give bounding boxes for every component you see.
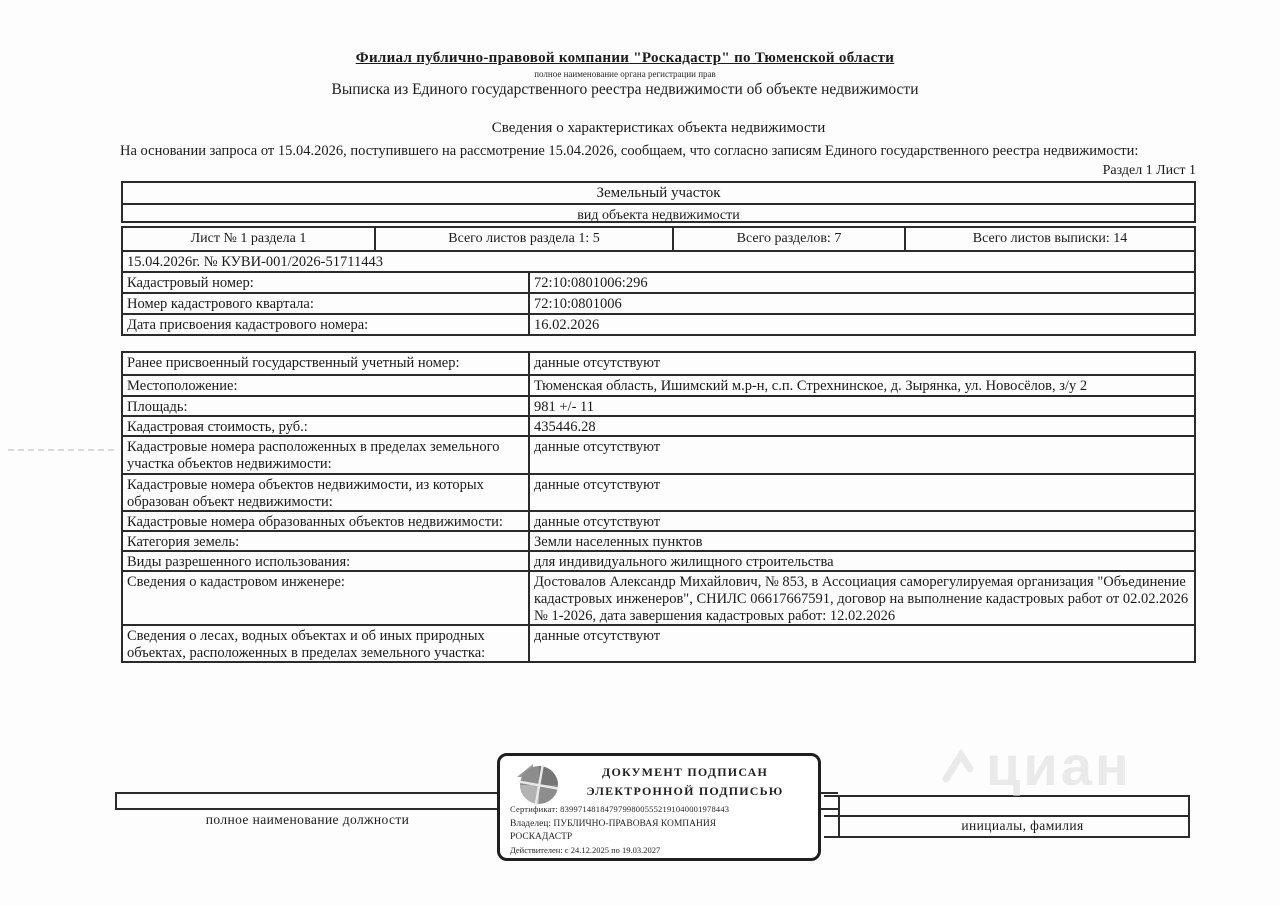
object-type: Земельный участок <box>123 183 1194 203</box>
table-row: Кадастровые номера расположенных в преде… <box>123 435 1194 473</box>
row-value: 435446.28 <box>528 417 1194 435</box>
object-type-caption: вид объекта недвижимости <box>123 205 1194 221</box>
row-label: Ранее присвоенный государственный учетны… <box>123 353 528 374</box>
document-number: 15.04.2026г. № КУВИ-001/2026-51711443 <box>123 252 1194 271</box>
stamp-validity: Действителен: с 24.12.2025 по 19.03.2027 <box>510 845 660 855</box>
row-value: 72:10:0801006 <box>528 294 1194 313</box>
row-label: Дата присвоения кадастрового номера: <box>123 315 528 334</box>
table-row: Земельный участок <box>123 183 1194 203</box>
table-row: Кадастровые номера объектов недвижимости… <box>123 473 1194 510</box>
table-row: Кадастровые номера образованных объектов… <box>123 510 1194 530</box>
row-value: данные отсутствуют <box>528 475 1194 510</box>
row-label: Кадастровая стоимость, руб.: <box>123 417 528 435</box>
extract-sheets-total-cell: Всего листов выписки: 14 <box>904 228 1194 250</box>
signature-line-divider <box>838 795 840 838</box>
table-row: Сведения о лесах, водных объектах и об и… <box>123 624 1194 661</box>
sheet-counters-row: Лист № 1 раздела 1 Всего листов раздела … <box>123 228 1194 250</box>
row-label: Кадастровые номера объектов недвижимости… <box>123 475 528 510</box>
row-label: Площадь: <box>123 397 528 415</box>
row-label: Виды разрешенного использования: <box>123 552 528 570</box>
row-value: Земли населенных пунктов <box>528 532 1194 550</box>
cian-watermark: циан <box>940 733 1132 798</box>
stamp-title-line1: ДОКУМЕНТ ПОДПИСАН <box>558 765 812 780</box>
row-value: данные отсутствуют <box>528 437 1194 473</box>
registering-authority-caption: полное наименование органа регистрации п… <box>0 69 1250 79</box>
row-value: Тюменская область, Ишимский м.р-н, с.п. … <box>528 376 1194 395</box>
row-value: данные отсутствуют <box>528 353 1194 374</box>
section-sheets-total-cell: Всего листов раздела 1: 5 <box>374 228 672 250</box>
egrn-extract-page: циан Филиал публично-правовой компании "… <box>0 0 1280 905</box>
position-name-label: полное наименование должности <box>115 812 500 828</box>
registering-authority-name: Филиал публично-правовой компании "Роска… <box>0 50 1250 67</box>
stamp-certificate: Сертификат: 8399714818479799800555219104… <box>510 804 729 814</box>
row-value: данные отсутствуют <box>528 626 1194 661</box>
initials-surname-label: инициалы, фамилия <box>855 818 1190 834</box>
table-row: Категория земель: Земли населенных пункт… <box>123 530 1194 550</box>
table-row: Кадастровая стоимость, руб.: 435446.28 <box>123 415 1194 435</box>
row-label: Номер кадастрового квартала: <box>123 294 528 313</box>
row-value: 72:10:0801006:296 <box>528 273 1194 292</box>
object-type-table: Земельный участок вид объекта недвижимос… <box>121 181 1196 223</box>
row-value: данные отсутствуют <box>528 512 1194 530</box>
row-label: Сведения о кадастровом инженере: <box>123 572 528 624</box>
stamp-owner: Владелец: ПУБЛИЧНО-ПРАВОВАЯ КОМПАНИЯ РОС… <box>510 818 738 843</box>
row-label: Кадастровые номера расположенных в преде… <box>123 437 528 473</box>
row-label: Местоположение: <box>123 376 528 395</box>
table-row: Дата присвоения кадастрового номера: 16.… <box>123 313 1194 334</box>
section-title: Сведения о характеристиках объекта недви… <box>121 120 1196 137</box>
stamp-title-line2: ЭЛЕКТРОННОЙ ПОДПИСЬЮ <box>558 784 812 799</box>
sheet-number-cell: Лист № 1 раздела 1 <box>123 228 374 250</box>
sections-total-cell: Всего разделов: 7 <box>672 228 904 250</box>
sheet-info-table: Лист № 1 раздела 1 Всего листов раздела … <box>121 226 1196 336</box>
table-row: Сведения о кадастровом инженере: Достова… <box>123 570 1194 624</box>
row-value: 981 +/- 11 <box>528 397 1194 415</box>
table-row: Виды разрешенного использования: для инд… <box>123 550 1194 570</box>
row-value: Достовалов Александр Михайлович, № 853, … <box>528 572 1194 624</box>
row-label: Категория земель: <box>123 532 528 550</box>
signature-line <box>824 836 1190 838</box>
roskadastr-logo-icon <box>514 761 560 807</box>
row-label: Кадастровый номер: <box>123 273 528 292</box>
row-label: Кадастровые номера образованных объектов… <box>123 512 528 530</box>
details-table: Ранее присвоенный государственный учетны… <box>121 351 1196 663</box>
digital-signature-stamp: ДОКУМЕНТ ПОДПИСАН ЭЛЕКТРОННОЙ ПОДПИСЬЮ С… <box>497 753 821 861</box>
signature-line <box>824 815 1190 817</box>
row-label: Сведения о лесах, водных объектах и об и… <box>123 626 528 661</box>
table-row: вид объекта недвижимости <box>123 203 1194 221</box>
table-row: Номер кадастрового квартала: 72:10:08010… <box>123 292 1194 313</box>
cian-logo-icon <box>940 745 982 787</box>
document-number-row: 15.04.2026г. № КУВИ-001/2026-51711443 <box>123 250 1194 271</box>
row-value: для индивидуального жилищного строительс… <box>528 552 1194 570</box>
signature-line-edge <box>115 792 117 810</box>
request-statement: На основании запроса от 15.04.2026, пост… <box>120 143 1205 160</box>
scan-fold-artifact <box>8 449 114 451</box>
section-sheet-label: Раздел 1 Лист 1 <box>121 163 1196 179</box>
table-row: Площадь: 981 +/- 11 <box>123 395 1194 415</box>
document-title: Выписка из Единого государственного реес… <box>0 81 1250 99</box>
table-row: Кадастровый номер: 72:10:0801006:296 <box>123 271 1194 292</box>
table-row: Местоположение: Тюменская область, Ишимс… <box>123 374 1194 395</box>
cian-watermark-text: циан <box>986 733 1132 798</box>
row-value: 16.02.2026 <box>528 315 1194 334</box>
table-row: Ранее присвоенный государственный учетны… <box>123 353 1194 374</box>
